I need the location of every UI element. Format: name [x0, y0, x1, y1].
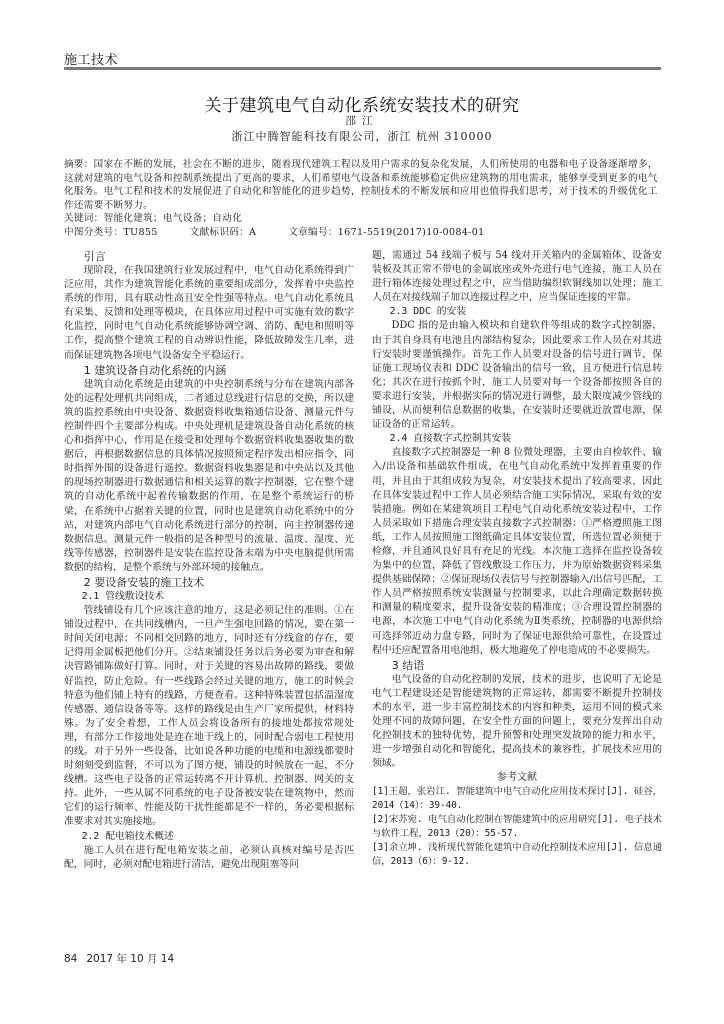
- paragraph: 建筑自动化系统是由建筑的中央控制系统与分布在建筑内部各处的远程处理机共同组成，二…: [64, 378, 354, 575]
- subsection-heading-2-4: 2.4 直接数字式控制其安装: [372, 432, 662, 446]
- header-divider: [64, 67, 661, 70]
- paragraph: 电气设备的自动化控制的发展，技术的进步，也说明了无论是电气工程建设还是智能建筑物…: [372, 673, 662, 772]
- paragraph: 管线铺设有几个应该注意的地方，这是必须记住的准则。①在铺设过程中，在共同线槽内，…: [64, 604, 354, 830]
- page-footer: 842017 年 10 月 14: [64, 951, 183, 966]
- paragraph-continued: 题，需通过 54 线端子板与 54 线对开关箱内的金属箱体、设备安装板及其正常不…: [372, 249, 662, 305]
- author-affiliation: 浙江中腾智能科技有限公司，浙江 杭州 310000: [0, 128, 724, 144]
- section-heading-1: 1 建筑设备自动化系统的内涵: [64, 363, 354, 378]
- article-number: 文章编号：1671-5519(2017)10-0084-01: [288, 226, 484, 240]
- paragraph: 施工人员在进行配电箱安装之前，必须认真核对编号是否匹配，同时，必须对配电箱进行清…: [64, 844, 354, 872]
- section-heading-3: 3 结语: [372, 658, 662, 673]
- subsection-heading-2-2: 2.2 配电箱技术概述: [64, 830, 354, 844]
- abstract-text: 摘要：国家在不断的发展，社会在不断的进步，随着现代建筑工程以及用户需求的复杂化发…: [64, 158, 664, 212]
- clc-number: 中图分类号：TU855: [64, 226, 158, 240]
- reference-item: [3]余立坤. 浅析现代智能化建筑中自动化控制技术应用[J]. 信息通信，201…: [372, 841, 662, 869]
- article-author: 邵江: [0, 113, 724, 128]
- document-code: 文献标识码：A: [190, 226, 257, 240]
- journal-section-label: 施工技术: [64, 49, 118, 68]
- section-heading-2: 2 要设备安装的施工技术: [64, 575, 354, 590]
- paragraph: 直接数字式控制器是一种 8 位微处理器，主要由自检软件、输入/出设备和基础软件组…: [372, 446, 662, 657]
- abstract-block: 摘要：国家在不断的发展，社会在不断的进步，随着现代建筑工程以及用户需求的复杂化发…: [64, 158, 664, 240]
- issue-date: 2017 年 10 月 14: [86, 953, 174, 965]
- right-column: 题，需通过 54 线端子板与 54 线对开关箱内的金属箱体、设备安装板及其正常不…: [372, 249, 662, 869]
- paragraph: 现阶段，在我国建筑行业发展过程中，电气自动化系统得到广泛应用，其作为建筑智能化系…: [64, 264, 354, 363]
- subsection-heading-2-1: 2.1 管线敷设技术: [64, 590, 354, 604]
- reference-item: [1]王超，张岩江. 智能建筑中电气自动化应用技术探讨[J]. 硅谷，2014（…: [372, 785, 662, 813]
- references-heading: 参考文献: [372, 771, 662, 785]
- subsection-heading-2-3: 2.3 DDC 的安装: [372, 305, 662, 319]
- section-heading-intro: 引言: [64, 249, 354, 264]
- classification-row: 中图分类号：TU855文献标识码：A文章编号：1671-5519(2017)10…: [64, 226, 664, 240]
- paragraph: DDC 指的是由输入模块和自建软件等组成的数字式控制器，由于其自身具有电池且内部…: [372, 319, 662, 432]
- left-column: 引言 现阶段，在我国建筑行业发展过程中，电气自动化系统得到广泛应用，其作为建筑智…: [64, 249, 354, 872]
- keywords: 关键词：智能化建筑；电气设备；自动化: [64, 212, 664, 226]
- reference-item: [2]宋苏宛. 电气自动化控制在智能建筑中的应用研究[J]. 电子技术与软件工程…: [372, 813, 662, 841]
- page-number: 84: [64, 953, 77, 965]
